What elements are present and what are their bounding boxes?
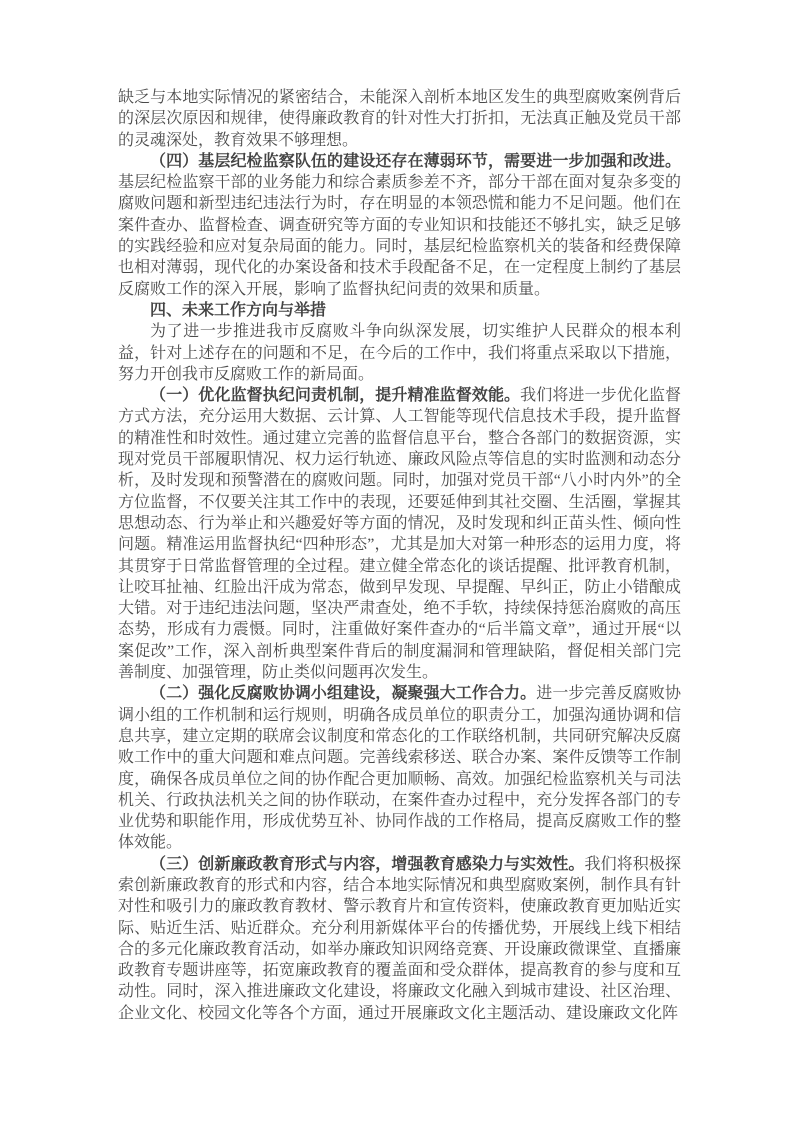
document-body: 缺乏与本地实际情况的紧密结合，未能深入剖析本地区发生的典型腐败案例背后的深层次原… bbox=[118, 87, 681, 1024]
paragraph-measure2: （二）强化反腐败协调小组建设，凝聚强大工作合力。进一步完善反腐败协调小组的工作机… bbox=[118, 683, 681, 853]
document-page: 缺乏与本地实际情况的紧密结合，未能深入剖析本地区发生的典型腐败案例背后的深层次原… bbox=[0, 0, 793, 1122]
part4-heading: 四、未来工作方向与举措 bbox=[118, 300, 681, 321]
measure1-bold-lead: （一）优化监督执纪问责机制，提升精准监督效能。 bbox=[150, 387, 520, 404]
paragraph-continuation: 缺乏与本地实际情况的紧密结合，未能深入剖析本地区发生的典型腐败案例背后的深层次原… bbox=[118, 87, 681, 151]
measure2-bold-lead: （二）强化反腐败协调小组建设，凝聚强大工作合力。 bbox=[150, 685, 536, 702]
paragraph-text: 基层纪检监察干部的业务能力和综合素质参差不齐，部分干部在面对复杂多变的腐败问题和… bbox=[118, 174, 681, 297]
paragraph-text: 缺乏与本地实际情况的紧密结合，未能深入剖析本地区发生的典型腐败案例背后的深层次原… bbox=[118, 89, 681, 149]
paragraph-measure1: （一）优化监督执纪问责机制，提升精准监督效能。我们将进一步优化监督方式方法，充分… bbox=[118, 385, 681, 683]
paragraph-future-intro: 为了进一步推进我市反腐败斗争向纵深发展，切实维护人民群众的根本利益，针对上述存在… bbox=[118, 321, 681, 385]
paragraph-measure3: （三）创新廉政教育形式与内容，增强教育感染力与实效性。我们将积极探索创新廉政教育… bbox=[118, 854, 681, 1024]
paragraph-text: 我们将进一步优化监督方式方法，充分运用大数据、云计算、人工智能等现代信息技术手段… bbox=[118, 387, 681, 681]
section4-bold-lead: （四）基层纪检监察队伍的建设还存在薄弱环节，需要进一步加强和改进。 bbox=[150, 153, 681, 170]
measure3-bold-lead: （三）创新廉政教育形式与内容，增强教育感染力与实效性。 bbox=[150, 856, 585, 873]
paragraph-section4: （四）基层纪检监察队伍的建设还存在薄弱环节，需要进一步加强和改进。基层纪检监察干… bbox=[118, 151, 681, 300]
paragraph-text: 进一步完善反腐败协调小组的工作机制和运行规则，明确各成员单位的职责分工，加强沟通… bbox=[118, 685, 681, 851]
paragraph-text: 为了进一步推进我市反腐败斗争向纵深发展，切实维护人民群众的根本利益，针对上述存在… bbox=[118, 323, 681, 383]
paragraph-text: 我们将积极探索创新廉政教育的形式和内容，结合本地实际情况和典型腐败案例，制作具有… bbox=[118, 856, 681, 1022]
